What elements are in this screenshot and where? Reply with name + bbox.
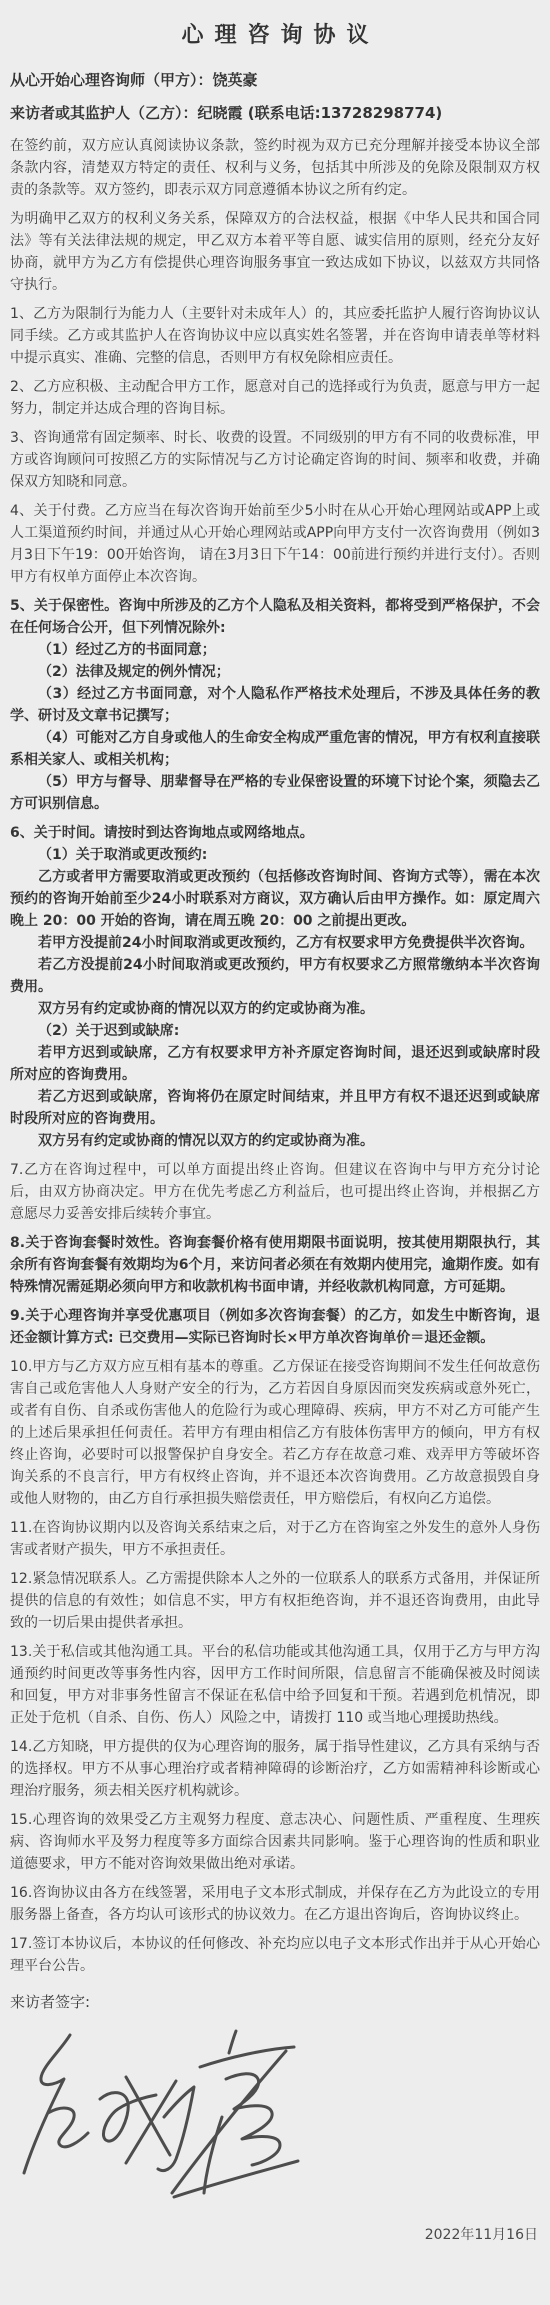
agreement-paragraph: 若乙方没提前24小时间取消或更改预约，甲方有权要求乙方照常缴纳本半次咨询费用。 — [10, 954, 540, 998]
agreement-paragraph: 11.在咨询协议期内以及咨询关系结束之后，对于乙方在咨询室之外发生的意外人身伤害… — [10, 1517, 540, 1561]
agreement-paragraph: 16.咨询协议由各方在线签署，采用电子文本形式制成，并保存在乙方为此设立的专用服… — [10, 1882, 540, 1926]
agreement-paragraph: 2、乙方应积极、主动配合甲方工作，愿意对自己的选择或行为负责，愿意与甲方一起努力… — [10, 376, 540, 420]
agreement-paragraph: （4）可能对乙方自身或他人的生命安全构成严重危害的情况，甲方有权利直接联系相关家… — [10, 727, 540, 771]
agreement-paragraph: 8.关于咨询套餐时效性。咨询套餐价格有使用期限书面说明，按其使用期限执行，其余所… — [10, 1232, 540, 1298]
party-a-line: 从心开始心理咨询师（甲方）：饶英豪 — [10, 69, 540, 91]
signature-label: 来访者签字: — [10, 1991, 540, 2013]
agreement-paragraph: 17.签订本协议后，本协议的任何修改、补充均应以电子文本形式作出并于从心开始心理… — [10, 1933, 540, 1977]
agreement-paragraph: 在签约前，双方应认真阅读协议条款，签约时视为双方已充分理解并接受本协议全部条款内… — [10, 135, 540, 201]
agreement-paragraph: 乙方或者甲方需要取消或更改预约（包括修改咨询时间、咨询方式等），需在本次预约的咨… — [10, 866, 540, 932]
agreement-paragraph: 3、咨询通常有固定频率、时长、收费的设置。不同级别的甲方有不同的收费标准，甲方或… — [10, 427, 540, 493]
agreement-paragraph: （2）法律及规定的例外情况； — [10, 661, 540, 683]
agreement-paragraph: 9.关于心理咨询并享受优惠项目（例如多次咨询套餐）的乙方，如发生中断咨询，退还金… — [10, 1305, 540, 1349]
agreement-paragraph: 若甲方迟到或缺席，乙方有权要求甲方补齐原定咨询时间，退还迟到或缺席时段所对应的咨… — [10, 1042, 540, 1086]
agreement-paragraph: 14.乙方知晓，甲方提供的仅为心理咨询的服务，属于指导性建议，乙方具有采纳与否的… — [10, 1736, 540, 1802]
agreement-paragraph: 15.心理咨询的效果受乙方主观努力程度、意志决心、问题性质、严重程度、生理疾病、… — [10, 1809, 540, 1875]
agreement-paragraph: 13.关于私信或其他沟通工具。平台的私信功能或其他沟通工具，仅用于乙方与甲方沟通… — [10, 1641, 540, 1729]
agreement-paragraph: 1、乙方为限制行为能力人（主要针对未成年人）的，其应委托监护人履行咨询协议认同手… — [10, 303, 540, 369]
agreement-paragraph: 4、关于付费。乙方应当在每次咨询开始前至少5小时在从心开始心理网站或APP上或人… — [10, 500, 540, 588]
page-title: 心理咨询协议 — [10, 18, 540, 49]
agreement-paragraph: 为明确甲乙双方的权利义务关系，保障双方的合法权益，根据《中华人民共和国合同法》等… — [10, 208, 540, 296]
agreement-paragraph: 5、关于保密性。咨询中所涉及的乙方个人隐私及相关资料，都将受到严格保护，不会在任… — [10, 595, 540, 639]
agreement-paragraph: 双方另有约定或协商的情况以双方的约定或协商为准。 — [10, 998, 540, 1020]
agreement-paragraph: 12.紧急情况联系人。乙方需提供除本人之外的一位联系人的联系方式备用，并保证所提… — [10, 1568, 540, 1634]
signature-date: 2022年11月16日 — [10, 2225, 538, 2245]
agreement-paragraph: （1）关于取消或更改预约: — [10, 844, 540, 866]
agreement-paragraph: （3）经过乙方书面同意，对个人隐私作严格技术处理后，不涉及具体任务的教学、研讨及… — [10, 683, 540, 727]
agreement-body: 在签约前，双方应认真阅读协议条款，签约时视为双方已充分理解并接受本协议全部条款内… — [10, 135, 540, 1977]
agreement-paragraph: 10.甲方与乙方双方应互相有基本的尊重。乙方保证在接受咨询期间不发生任何故意伤害… — [10, 1356, 540, 1510]
agreement-paragraph: 双方另有约定或协商的情况以双方的约定或协商为准。 — [10, 1130, 540, 1152]
agreement-paragraph: 若甲方没提前24小时间取消或更改预约，乙方有权要求甲方免费提供半次咨询。 — [10, 932, 540, 954]
agreement-paragraph: （5）甲方与督导、朋辈督导在严格的专业保密设置的环境下讨论个案，须隐去乙方可识别… — [10, 771, 540, 815]
party-b-line: 来访者或其监护人（乙方）：纪晓霞 (联系电话:13728298774) — [10, 102, 540, 124]
agreement-document: 心理咨询协议 从心开始心理咨询师（甲方）：饶英豪 来访者或其监护人（乙方）：纪晓… — [0, 0, 550, 2305]
agreement-paragraph: 7.乙方在咨询过程中，可以单方面提出终止咨询。但建议在咨询中与甲方充分讨论后，由… — [10, 1159, 540, 1225]
agreement-paragraph: 若乙方迟到或缺席，咨询将仍在原定时间结束，并且甲方有权不退还迟到或缺席时段所对应… — [10, 1086, 540, 1130]
handwritten-signature — [14, 2021, 540, 2211]
agreement-paragraph: 6、关于时间。请按时到达咨询地点或网络地点。 — [10, 822, 540, 844]
agreement-paragraph: （2）关于迟到或缺席: — [10, 1020, 540, 1042]
signature-scribble-icon — [14, 2021, 314, 2211]
agreement-paragraph: （1）经过乙方的书面同意； — [10, 639, 540, 661]
